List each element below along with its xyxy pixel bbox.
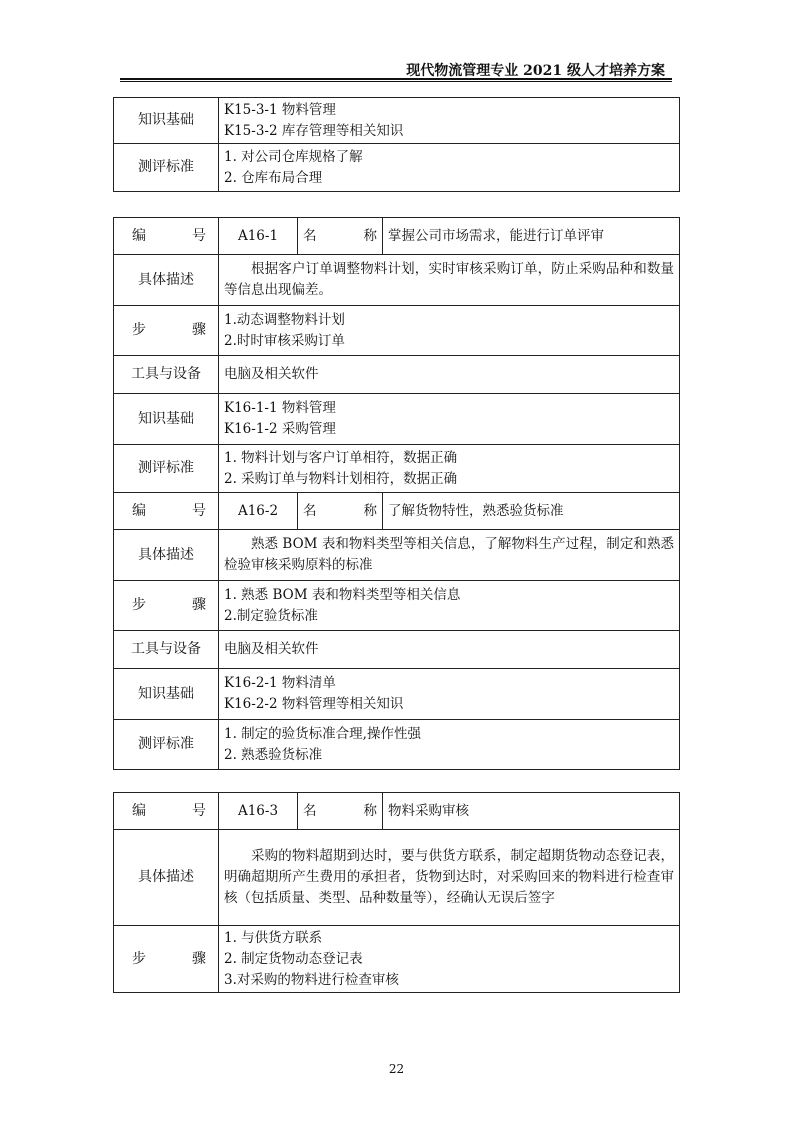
desc-label: 具体描述: [114, 530, 219, 581]
name-label: 名 称: [298, 493, 383, 530]
table-row: 步 骤 1. 与供货方联系 2. 制定货物动态登记表 3.对采购的物料进行检查审…: [114, 926, 680, 993]
task-tools: 电脑及相关软件: [219, 356, 680, 394]
code-label: 编 号: [114, 793, 219, 830]
task-code: A16-3: [219, 793, 298, 830]
table-row: 工具与设备 电脑及相关软件: [114, 356, 680, 394]
task-knowledge: K16-2-1 物料清单 K16-2-2 物料管理等相关知识: [219, 669, 680, 720]
task-description: 根据客户订单调整物料计划，实时审核采购订单，防止采购品种和数量等信息出现偏差。: [219, 255, 680, 306]
step-line: 1. 与供货方联系: [224, 928, 674, 949]
table-row: 知识基础 K16-1-1 物料管理 K16-1-2 采购管理: [114, 394, 680, 445]
table-row: 具体描述 采购的物料超期到达时，要与供货方联系，制定超期货物动态登记表，明确超期…: [114, 830, 680, 926]
knowledge-label: 知识基础: [114, 669, 219, 720]
task-table-a16-3: 编 号 A16-3 名 称 物料采购审核 具体描述 采购的物料超期到达时，要与供…: [113, 792, 680, 993]
table-row: 编 号 A16-1 名 称 掌握公司市场需求，能进行订单评审: [114, 218, 680, 255]
code-label: 编 号: [114, 493, 219, 530]
knowledge-line: K15-3-2 库存管理等相关知识: [224, 121, 674, 142]
table-row: 编 号 A16-3 名 称 物料采购审核: [114, 793, 680, 830]
criteria-line: 2. 仓库布局合理: [224, 168, 674, 189]
header-rule: [120, 78, 672, 82]
task-description: 熟悉 BOM 表和物料类型等相关信息，了解物料生产过程，制定和熟悉检验审核采购原…: [219, 530, 680, 581]
table-row: 测评标准 1. 制定的验货标准合理,操作性强 2. 熟悉验货标准: [114, 720, 680, 770]
task-description: 采购的物料超期到达时，要与供货方联系，制定超期货物动态登记表，明确超期所产生费用…: [219, 830, 680, 926]
criteria-line: 2. 采购订单与物料计划相符，数据正确: [224, 469, 674, 490]
step-line: 1. 熟悉 BOM 表和物料类型等相关信息: [224, 585, 674, 606]
criteria-label: 测评标准: [114, 144, 219, 192]
knowledge-label: 知识基础: [114, 394, 219, 445]
knowledge-label: 知识基础: [114, 98, 219, 144]
task-name: 了解货物特性，熟悉验货标准: [383, 493, 680, 530]
step-line: 2. 制定货物动态登记表: [224, 949, 674, 970]
knowledge-line: K16-2-1 物料清单: [224, 673, 674, 694]
tools-label: 工具与设备: [114, 631, 219, 669]
name-label: 名 称: [298, 793, 383, 830]
code-label: 编 号: [114, 218, 219, 255]
table-row: 步 骤 1. 熟悉 BOM 表和物料类型等相关信息 2.制定验货标准: [114, 581, 680, 631]
table-row: 工具与设备 电脑及相关软件: [114, 631, 680, 669]
criteria-line: 2. 熟悉验货标准: [224, 745, 674, 766]
task-name: 掌握公司市场需求，能进行订单评审: [383, 218, 680, 255]
continuation-table: 知识基础 K15-3-1 物料管理 K15-3-2 库存管理等相关知识 测评标准…: [113, 97, 680, 192]
task-steps: 1.动态调整物料计划 2.时时审核采购订单: [219, 306, 680, 356]
step-line: 2.制定验货标准: [224, 606, 674, 627]
criteria-content: 1. 对公司仓库规格了解 2. 仓库布局合理: [219, 144, 680, 192]
table-row: 具体描述 根据客户订单调整物料计划，实时审核采购订单，防止采购品种和数量等信息出…: [114, 255, 680, 306]
step-line: 2.时时审核采购订单: [224, 331, 674, 352]
knowledge-line: K16-1-1 物料管理: [224, 398, 674, 419]
steps-label: 步 骤: [114, 306, 219, 356]
task-name: 物料采购审核: [383, 793, 680, 830]
step-line: 1.动态调整物料计划: [224, 310, 674, 331]
task-steps: 1. 与供货方联系 2. 制定货物动态登记表 3.对采购的物料进行检查审核: [219, 926, 680, 993]
task-knowledge: K16-1-1 物料管理 K16-1-2 采购管理: [219, 394, 680, 445]
steps-label: 步 骤: [114, 581, 219, 631]
task-criteria: 1. 制定的验货标准合理,操作性强 2. 熟悉验货标准: [219, 720, 680, 770]
task-code: A16-1: [219, 218, 298, 255]
knowledge-line: K15-3-1 物料管理: [224, 100, 674, 121]
name-label: 名 称: [298, 218, 383, 255]
knowledge-line: K16-2-2 物料管理等相关知识: [224, 694, 674, 715]
table-row: 测评标准 1. 物料计划与客户订单相符，数据正确 2. 采购订单与物料计划相符，…: [114, 445, 680, 493]
knowledge-content: K15-3-1 物料管理 K15-3-2 库存管理等相关知识: [219, 98, 680, 144]
task-table-a16-1-2: 编 号 A16-1 名 称 掌握公司市场需求，能进行订单评审 具体描述 根据客户…: [113, 217, 680, 770]
criteria-line: 1. 对公司仓库规格了解: [224, 147, 674, 168]
table-row: 测评标准 1. 对公司仓库规格了解 2. 仓库布局合理: [114, 144, 680, 192]
table-row: 步 骤 1.动态调整物料计划 2.时时审核采购订单: [114, 306, 680, 356]
steps-label: 步 骤: [114, 926, 219, 993]
task-criteria: 1. 物料计划与客户订单相符，数据正确 2. 采购订单与物料计划相符，数据正确: [219, 445, 680, 493]
tools-label: 工具与设备: [114, 356, 219, 394]
desc-label: 具体描述: [114, 255, 219, 306]
criteria-line: 1. 物料计划与客户订单相符，数据正确: [224, 448, 674, 469]
criteria-label: 测评标准: [114, 445, 219, 493]
task-tools: 电脑及相关软件: [219, 631, 680, 669]
desc-label: 具体描述: [114, 830, 219, 926]
criteria-line: 1. 制定的验货标准合理,操作性强: [224, 724, 674, 745]
table-row: 知识基础 K16-2-1 物料清单 K16-2-2 物料管理等相关知识: [114, 669, 680, 720]
document-header-title: 现代物流管理专业 2021 级人才培养方案: [406, 60, 665, 80]
table-row: 具体描述 熟悉 BOM 表和物料类型等相关信息，了解物料生产过程，制定和熟悉检验…: [114, 530, 680, 581]
task-steps: 1. 熟悉 BOM 表和物料类型等相关信息 2.制定验货标准: [219, 581, 680, 631]
table-row: 编 号 A16-2 名 称 了解货物特性，熟悉验货标准: [114, 493, 680, 530]
page-number: 22: [0, 1062, 793, 1076]
criteria-label: 测评标准: [114, 720, 219, 770]
table-row: 知识基础 K15-3-1 物料管理 K15-3-2 库存管理等相关知识: [114, 98, 680, 144]
task-code: A16-2: [219, 493, 298, 530]
step-line: 3.对采购的物料进行检查审核: [224, 970, 674, 991]
knowledge-line: K16-1-2 采购管理: [224, 419, 674, 440]
